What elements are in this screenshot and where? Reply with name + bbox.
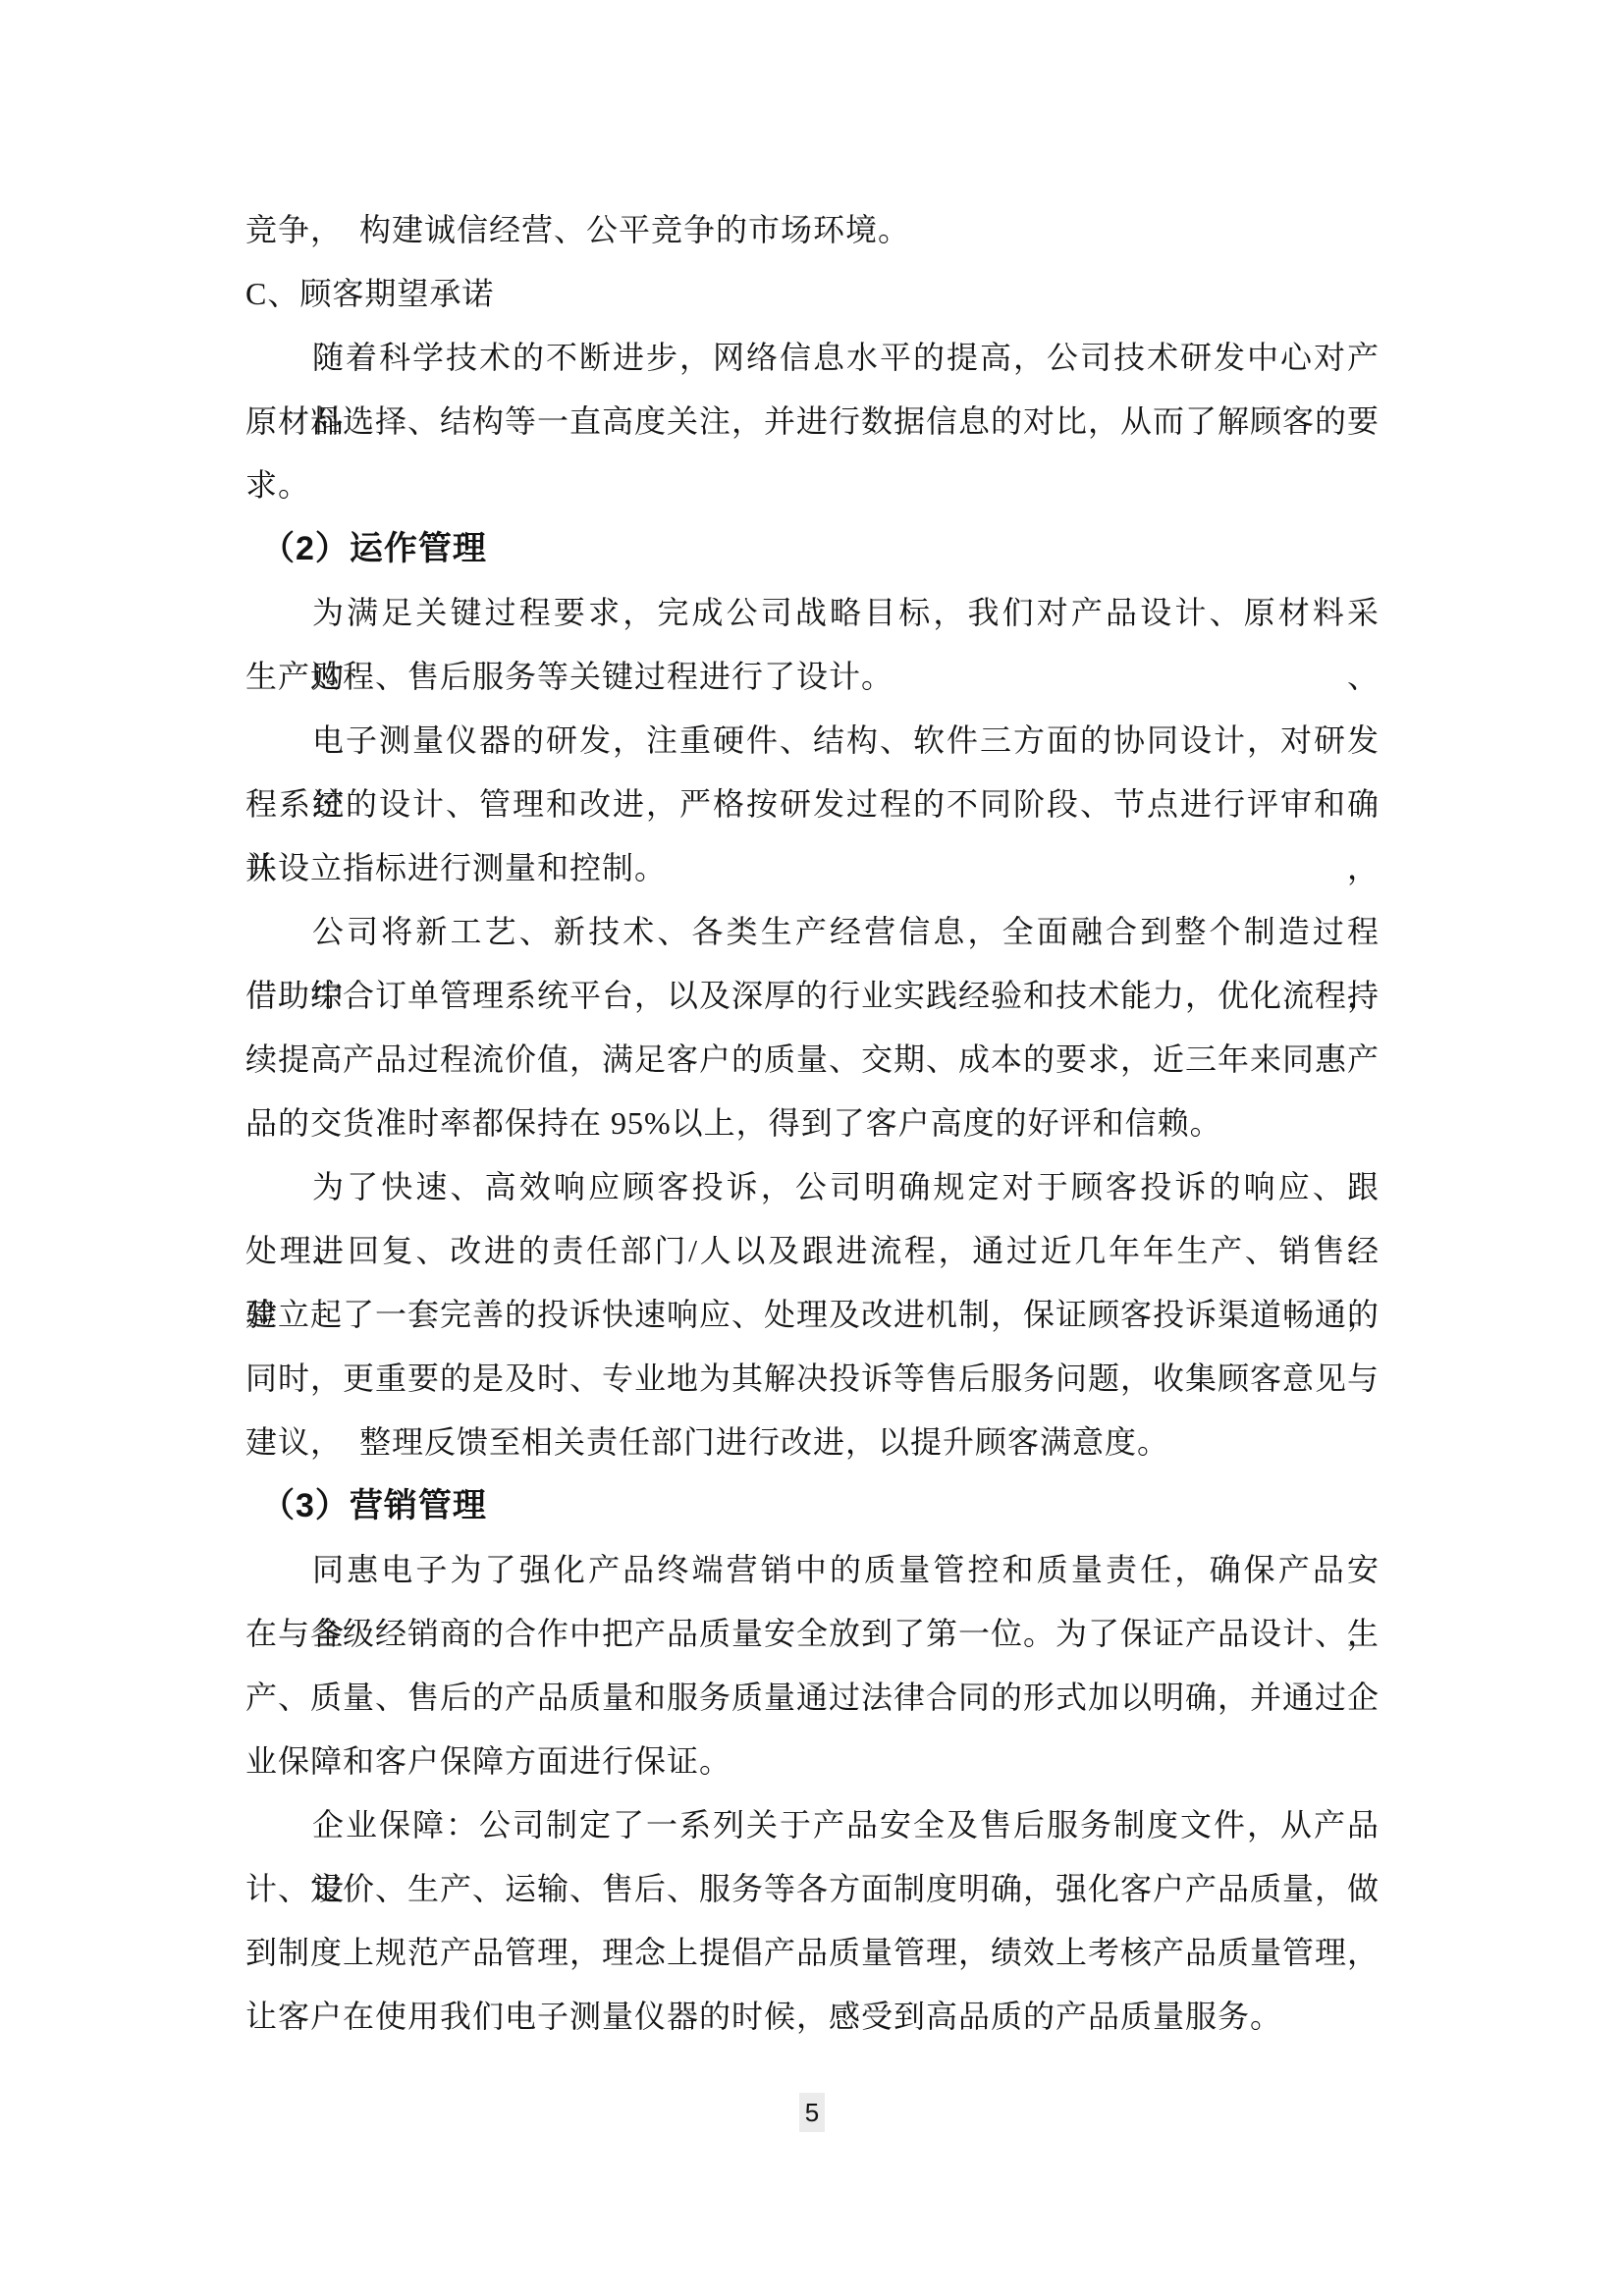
- text-line: 求。: [245, 454, 1380, 517]
- text-line: 计、定价、生产、运输、售后、服务等各方面制度明确，强化客户产品质量，做: [245, 1857, 1380, 1921]
- text-line: 让客户在使用我们电子测量仪器的时候，感受到高品质的产品质量服务。: [245, 1985, 1380, 2049]
- text-line: 业保障和客户保障方面进行保证。: [245, 1730, 1380, 1793]
- text-line: 为满足关键过程要求，完成公司战略目标，我们对产品设计、原材料采购、: [245, 581, 1380, 645]
- text-line: 同时，更重要的是及时、专业地为其解决投诉等售后服务问题，收集顾客意见与: [245, 1347, 1380, 1411]
- text-line: 程系统的设计、管理和改进，严格按研发过程的不同阶段、节点进行评审和确认，: [245, 773, 1380, 836]
- text-line: 电子测量仪器的研发，注重硬件、结构、软件三方面的协同设计，对研发过: [245, 709, 1380, 773]
- text-line: 到制度上规范产品管理，理念上提倡产品质量管理，绩效上考核产品质量管理，: [245, 1921, 1380, 1985]
- document-body: 竞争， 构建诚信经营、公平竞争的市场环境。C、顾客期望承诺随着科学技术的不断进步…: [245, 198, 1380, 2049]
- text-line: 原材料选择、结构等一直高度关注，并进行数据信息的对比，从而了解顾客的要: [245, 390, 1380, 454]
- section-heading: （2）运作管理: [245, 517, 1380, 581]
- document-page: 竞争， 构建诚信经营、公平竞争的市场环境。C、顾客期望承诺随着科学技术的不断进步…: [0, 0, 1624, 2296]
- text-line: 在与各级经销商的合作中把产品质量安全放到了第一位。为了保证产品设计、生: [245, 1602, 1380, 1666]
- text-line: 同惠电子为了强化产品终端营销中的质量管控和质量责任，确保产品安全，: [245, 1538, 1380, 1602]
- page-footer: 5: [0, 2093, 1624, 2132]
- text-line: 产、质量、售后的产品质量和服务质量通过法律合同的形式加以明确，并通过企: [245, 1666, 1380, 1730]
- text-line: 随着科学技术的不断进步，网络信息水平的提高，公司技术研发中心对产品: [245, 326, 1380, 390]
- text-line: 公司将新工艺、新技术、各类生产经营信息，全面融合到整个制造过程中，: [245, 900, 1380, 964]
- text-line: 建议， 整理反馈至相关责任部门进行改进，以提升顾客满意度。: [245, 1411, 1380, 1474]
- text-line: 续提高产品过程流价值，满足客户的质量、交期、成本的要求，近三年来同惠产: [245, 1028, 1380, 1092]
- text-line: 为了快速、高效响应顾客投诉，公司明确规定对于顾客投诉的响应、跟进、: [245, 1155, 1380, 1219]
- text-line: 借助综合订单管理系统平台，以及深厚的行业实践经验和技术能力，优化流程持: [245, 964, 1380, 1028]
- text-line: 竞争， 构建诚信经营、公平竞争的市场环境。: [245, 198, 1380, 262]
- text-line: 建立起了一套完善的投诉快速响应、处理及改进机制，保证顾客投诉渠道畅通的: [245, 1283, 1380, 1347]
- text-line: C、顾客期望承诺: [245, 262, 1380, 326]
- text-line: 品的交货准时率都保持在 95%以上，得到了客户高度的好评和信赖。: [245, 1092, 1380, 1155]
- text-line: 处理、回复、改进的责任部门/人以及跟进流程，通过近几年年生产、销售经验，: [245, 1219, 1380, 1283]
- text-line: 企业保障：公司制定了一系列关于产品安全及售后服务制度文件，从产品设: [245, 1793, 1380, 1857]
- page-number: 5: [799, 2093, 825, 2132]
- section-heading: （3）营销管理: [245, 1474, 1380, 1538]
